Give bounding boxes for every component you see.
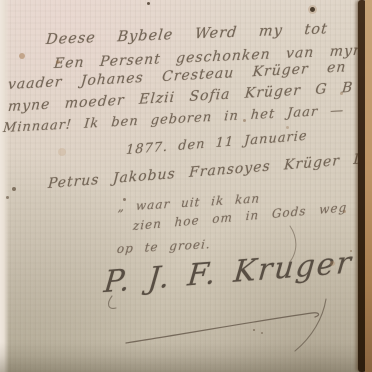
page-edge-highlight — [0, 0, 9, 372]
handwriting-line-6: 1877. den 11 Januarie — [126, 129, 308, 158]
handwriting-line-1: Deese Bybele Werd my tot — [45, 21, 328, 48]
bible-flyleaf-photo: Deese Bybele Werd my tot Een Persent ges… — [0, 0, 372, 372]
binding-outer-strip — [365, 0, 372, 372]
foxing-spot — [286, 126, 289, 129]
ink-speck — [253, 329, 255, 331]
ink-speck — [12, 187, 16, 191]
foxing-spot — [19, 53, 25, 59]
foxing-spot — [58, 148, 66, 156]
ink-blot — [310, 7, 315, 12]
ink-speck — [147, 2, 150, 5]
ink-speck — [261, 332, 263, 334]
handwriting-line-7: Petrus Jakobus Fransoyes Krüger DG — [48, 150, 372, 192]
handwriting-line-10: op te groei. — [116, 237, 211, 256]
bottom-shadow — [0, 342, 372, 372]
